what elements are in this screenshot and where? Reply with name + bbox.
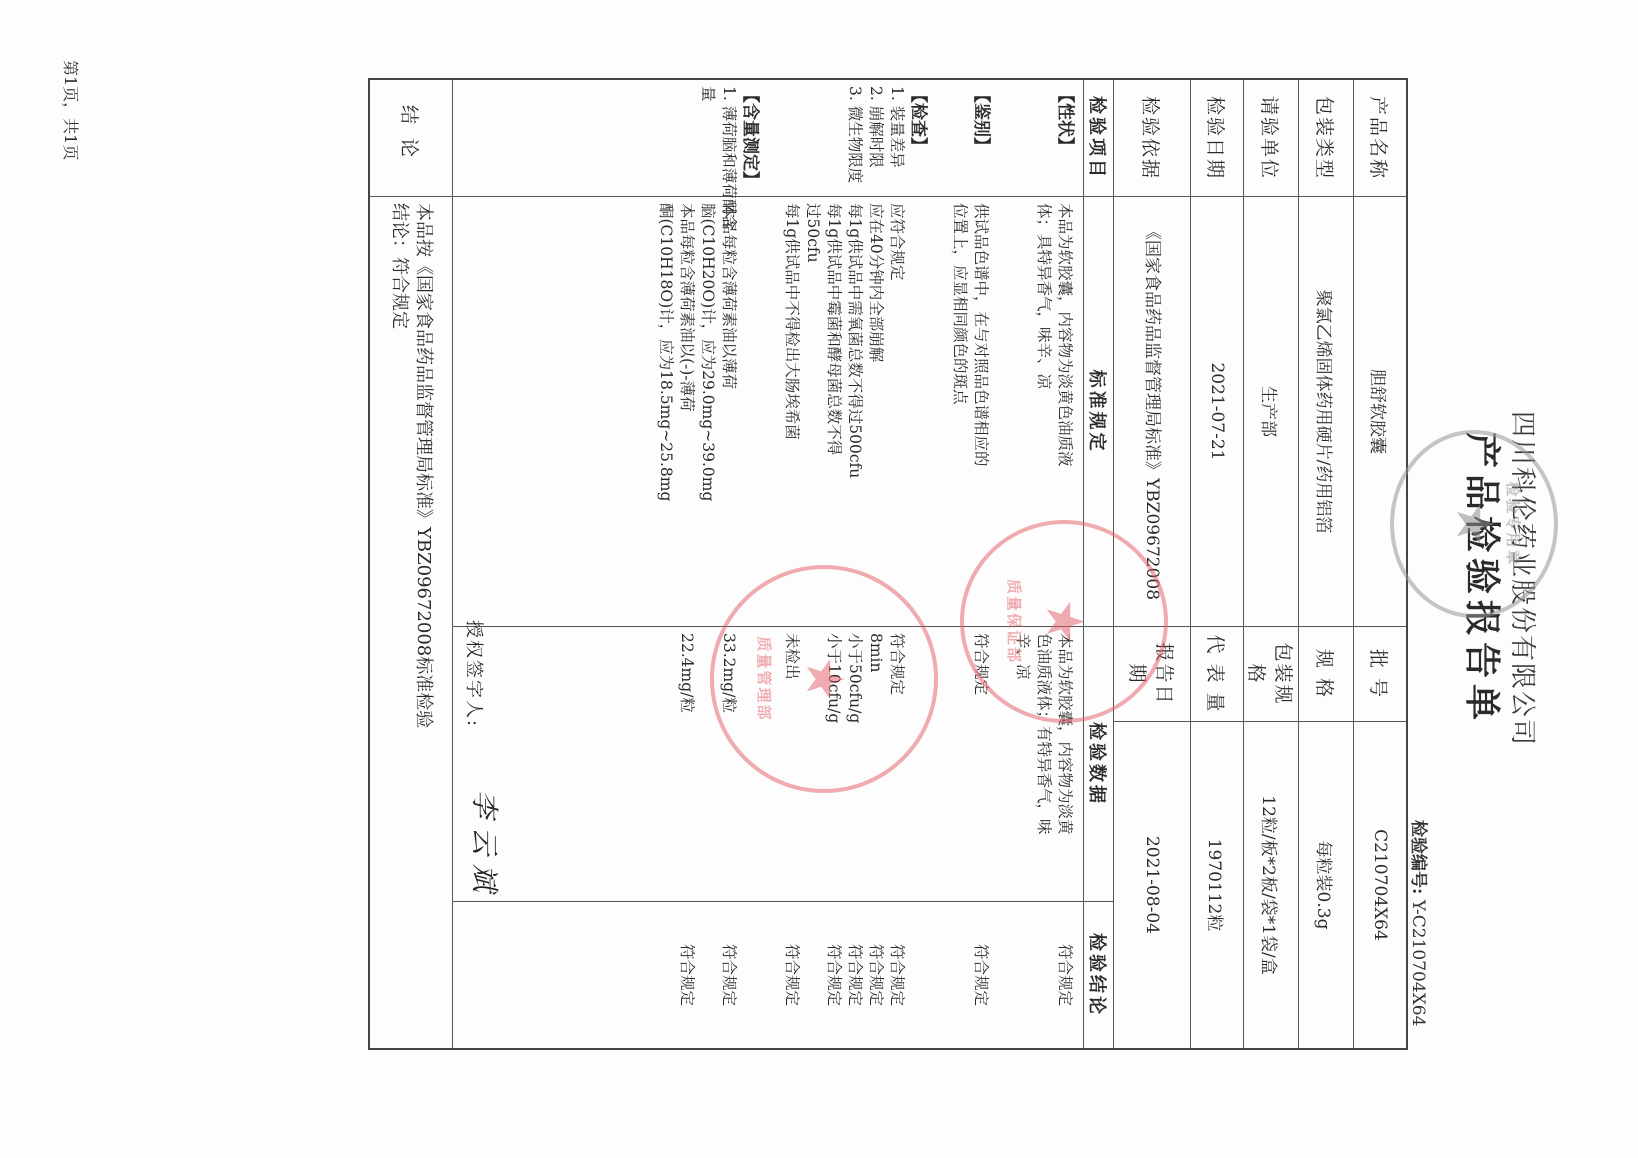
conclusion-value: 符合规定 [1054,908,1075,1042]
info-value: 2021-08-04 [1114,722,1190,1048]
spacer [739,203,760,620]
spacer [949,86,970,190]
data-column: 本品为软胶囊，内容物为淡黄色油质液体；有特异香气，味辛、凉符合规定符合规定8mi… [453,627,1083,902]
spacer [1033,86,1054,190]
page-number: 第1页，共1页 [60,60,83,160]
data-value: 色油质液体；有特异香气，味 [1033,633,1054,895]
info-row: 请验单位 生产部 包装规格 12粒/板*2板/袋*1袋/盒 [1243,80,1298,1048]
data-value: 小于10cfu/g [823,633,844,895]
conclusion-value: 符合规定 [865,908,886,1042]
conclusion-value [697,908,718,1042]
spacer [907,908,928,1042]
results-body: 【性状】【鉴别】【检查】1. 装量差异2. 崩解时限3. 微生物限度【含量测定】… [452,80,1083,1048]
data-value [802,633,823,895]
standard-text: 脑(C10H20O)计，应为29.0mg~39.0mg [697,203,718,620]
data-value: 辛、凉 [1012,633,1033,895]
info-value: C210704X64 [1354,722,1406,1048]
info-row: 产品名称 胆舒软胶囊 批 号 C210704X64 [1353,80,1406,1048]
item-column: 【性状】【鉴别】【检查】1. 装量差异2. 崩解时限3. 微生物限度【含量测定】… [453,80,1083,197]
data-value: 33.2mg/粒 [718,633,739,895]
standard-text: 每1g供试品中霉菌和酵母菌总数不得 [823,203,844,620]
item-name: 量 [697,86,718,190]
company-name: 四川科伦药业股份有限公司 [1506,0,1543,1158]
standard-text: 每1g供试品中需氧菌总数不得过500cfu [844,203,865,620]
conclusion-value [949,908,970,1042]
conclusion-value: 符合规定 [676,908,697,1042]
conclusion-value [1012,908,1033,1042]
info-label: 请验单位 [1244,80,1298,197]
info-label: 批 号 [1354,627,1406,722]
standard-column: 本品为软胶囊，内容物为淡黄色油质液体；具特异香气，味辛、凉供试品色谱中，在与对照… [453,197,1083,627]
spacer [760,633,781,895]
serial-value: Y-C210704X64 [1408,900,1428,1027]
item-name [676,86,697,190]
spacer [760,203,781,620]
conclusion-row: 结论 本品按《国家食品药品监督管理局标准》YBZ09672008标准检验 结论：… [370,80,452,1048]
conclusion-column: 符合规定符合规定符合规定符合规定符合规定符合规定符合规定符合规定符合规定 [453,902,1083,1048]
spacer [760,908,781,1042]
item-name: 1. 装量差异 [886,86,907,190]
column-header-standard: 标准规定 [1084,197,1113,627]
section-title: 【检查】 [907,86,928,190]
spacer [760,86,781,190]
serial-label: 检验编号: [1408,820,1428,894]
spacer [907,203,928,620]
spacer [991,633,1012,895]
spacer [928,203,949,620]
conclusion-label: 结论 [370,80,452,197]
spacer [907,633,928,895]
item-name [823,86,844,190]
item-name: 2. 崩解时限 [865,86,886,190]
data-value: 22.4mg/粒 [676,633,697,895]
info-value: 《国家食品药品监督管理局标准》YBZ09672008 [1114,197,1190,627]
info-value: 12粒/板*2板/袋*1袋/盒 [1244,722,1298,1048]
signature: 李 云 斌 [466,790,506,892]
data-value: 8min [865,633,886,895]
standard-text: 本品每粒含薄荷素油以薄荷 [718,203,739,620]
spacer [991,86,1012,190]
info-value: 2021-07-21 [1191,197,1243,627]
conclusion-value [802,908,823,1042]
info-row: 包装类型 聚氯乙烯固体药用硬片/药用铝箔 规 格 每粒装0.3g [1298,80,1353,1048]
conclusion-value: 符合规定 [844,908,865,1042]
standard-text: 本品为软胶囊，内容物为淡黄色油质液 [1054,203,1075,620]
standard-text: 酮(C10H18O)计，应为18.5mg~25.8mg [655,203,676,620]
info-label: 包装类型 [1299,80,1353,197]
column-header-item: 检验项目 [1084,80,1113,197]
item-name: 1. 薄荷脑和薄荷酮含 [718,86,739,190]
spacer [928,633,949,895]
report-title: 产品检验报告单 [1459,0,1510,1158]
conclusion-value: 符合规定 [781,908,802,1042]
info-label: 代 表 量 [1191,627,1243,722]
info-label: 规 格 [1299,627,1353,722]
data-value: 小于50cfu/g [844,633,865,895]
item-name [802,86,823,190]
info-label: 产品名称 [1354,80,1406,197]
data-value: 符合规定 [970,633,991,895]
standard-text: 应在40分钟内全部崩解 [865,203,886,620]
info-label: 检验依据 [1114,80,1190,197]
standard-text: 位置上，应显相同颜色的斑点 [949,203,970,620]
conclusion-result: 结论：符合规定 [387,203,411,329]
conclusion-value [1033,908,1054,1042]
info-value: 胆舒软胶囊 [1354,197,1406,627]
conclusion-value [655,908,676,1042]
spacer [1012,86,1033,190]
info-row: 检验日期 2021-07-21 代 表 量 1970112粒 [1190,80,1243,1048]
info-value: 1970112粒 [1191,722,1243,1048]
spacer [739,908,760,1042]
standard-text: 应符合规定 [886,203,907,620]
conclusion-value: 符合规定 [823,908,844,1042]
spacer [928,86,949,190]
data-value [949,633,970,895]
spacer [928,908,949,1042]
info-value: 聚氯乙烯固体药用硬片/药用铝箔 [1299,197,1353,627]
conclusion-value: 符合规定 [886,908,907,1042]
column-header-conclusion: 检验结论 [1084,902,1113,1048]
spacer [991,908,1012,1042]
standard-text [1012,203,1033,620]
item-name [655,86,676,190]
conclusion-text: 本品按《国家食品药品监督管理局标准》YBZ09672008标准检验 [411,203,435,728]
info-value: 生产部 [1244,197,1298,627]
authorized-signer-label: 授权签字人: [462,620,488,728]
section-title: 【鉴别】 [970,86,991,190]
item-name [781,86,802,190]
conclusion-value: 符合规定 [970,908,991,1042]
section-title: 【性状】 [1054,86,1075,190]
spacer [991,203,1012,620]
data-value: 未检出 [781,633,802,895]
conclusion-value: 符合规定 [718,908,739,1042]
column-header-row: 检验项目 标准规定 检验数据 检验结论 [1083,80,1113,1048]
data-value [697,633,718,895]
info-label: 检验日期 [1191,80,1243,197]
standard-text: 体；具特异香气，味辛、凉 [1033,203,1054,620]
standard-text: 过50cfu [802,203,823,620]
standard-text: 本品每粒含薄荷素油以(-)-薄荷 [676,203,697,620]
spacer [739,633,760,895]
data-value: 本品为软胶囊，内容物为淡黄 [1054,633,1075,895]
standard-text: 供试品色谱中，在与对照品色谱相应的 [970,203,991,620]
item-name: 3. 微生物限度 [844,86,865,190]
data-value [655,633,676,895]
info-label: 包装规格 [1244,627,1298,722]
standard-text: 每1g供试品中不得检出大肠埃希菌 [781,203,802,620]
column-header-data: 检验数据 [1084,627,1113,902]
data-value: 符合规定 [886,633,907,895]
inspection-report-page: 四川科伦药业股份有限公司 产品检验报告单 检验编号: Y-C210704X64 … [0,0,1638,1158]
serial-number: 检验编号: Y-C210704X64 [1408,820,1433,1026]
info-label: 报告日期 [1114,627,1190,722]
info-value: 每粒装0.3g [1299,722,1353,1048]
info-row: 检验依据 《国家食品药品监督管理局标准》YBZ09672008 报告日期 202… [1113,80,1190,1048]
section-title: 【含量测定】 [739,86,760,190]
